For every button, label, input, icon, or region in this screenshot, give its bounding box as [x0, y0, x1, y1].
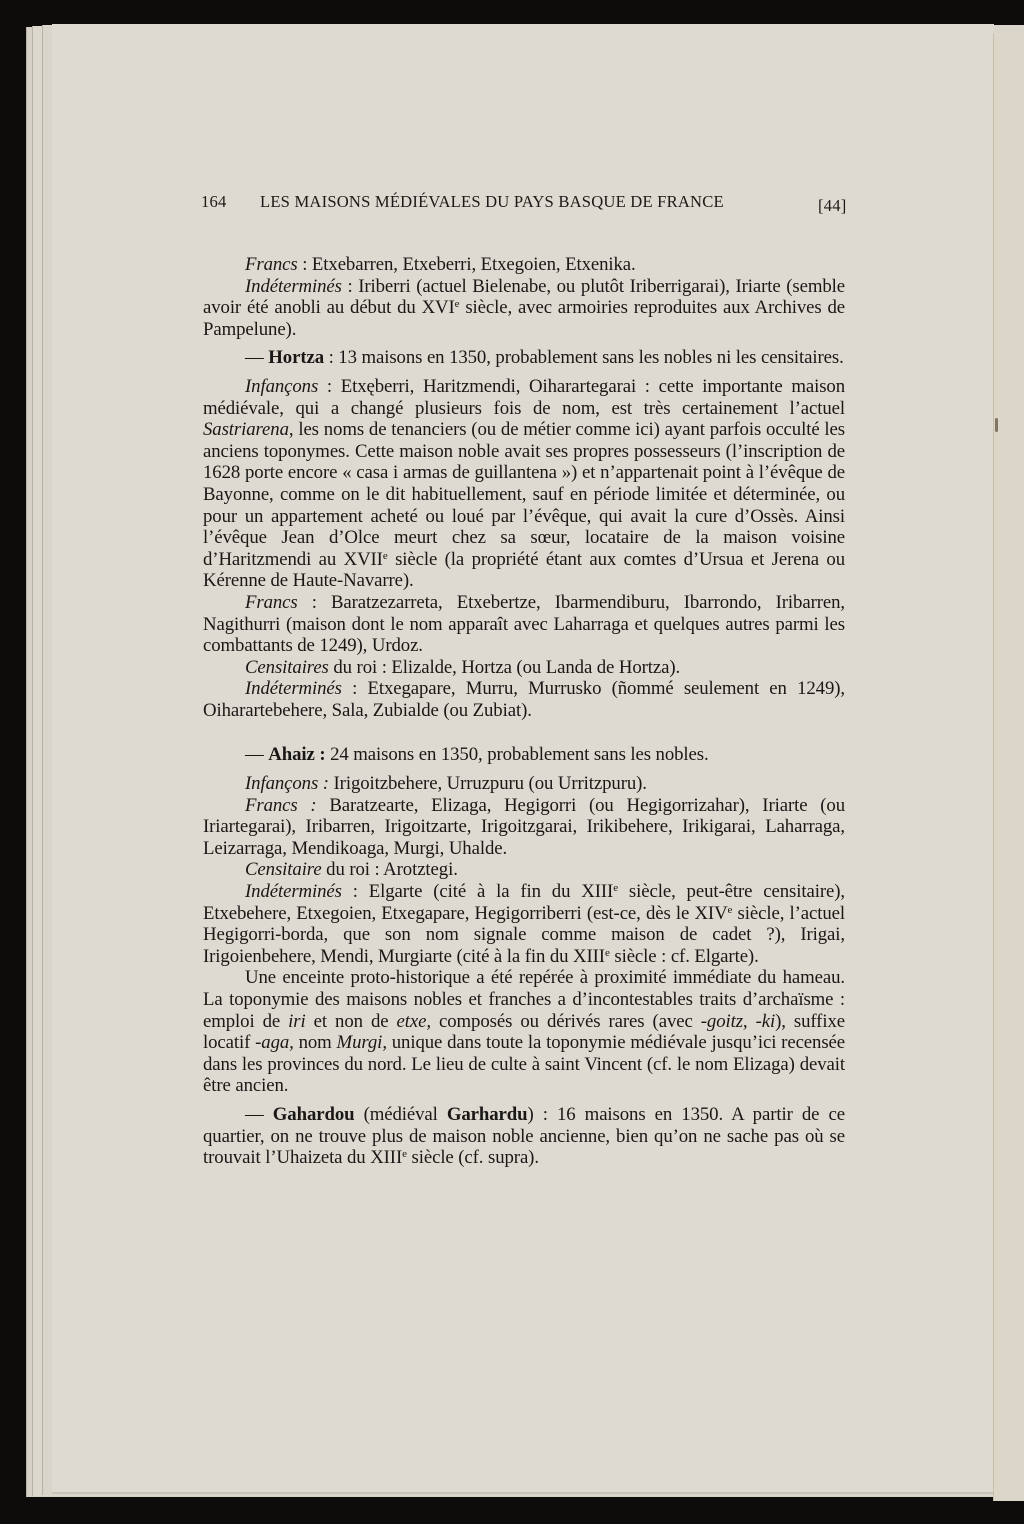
paragraph-text: (médiéval — [354, 1104, 446, 1125]
village-heading: Ahaiz : — [268, 744, 325, 765]
category-label: Infançons — [245, 376, 318, 397]
section-hortza: — Hortza : 13 maisons en 1350, probablem… — [203, 347, 845, 369]
category-label: Francs — [245, 254, 298, 275]
paragraph-text: : 13 maisons en 1350, probablement sans … — [324, 347, 844, 368]
category-label: Censitaires — [245, 657, 329, 678]
paragraph-infancons: Infançons : Irigoitzbehere, Urruzpuru (o… — [203, 773, 845, 795]
paragraph-text: du roi : Arotztegi. — [322, 859, 458, 880]
paragraph-commentary: Une enceinte proto-historique a été repé… — [203, 967, 845, 1097]
paragraph-text: nom — [294, 1032, 337, 1053]
paragraph-infancons: Infançons : Etxęberri, Haritzmendi, Oiha… — [203, 376, 845, 592]
paragraph-francs: Francs : Baratzearte, Elizaga, Hegigorri… — [203, 795, 845, 860]
em-dash: — — [245, 1104, 273, 1125]
paper-blemish — [995, 418, 998, 432]
em-dash: — — [245, 744, 268, 765]
paragraph-francs: Francs : Etxebarren, Etxeberri, Etxegoie… — [203, 254, 845, 276]
running-title: LES MAISONS MÉDIÉVALES DU PAYS BASQUE DE… — [260, 192, 724, 212]
paragraph-indetermines: Indéterminés : Etxegapare, Murru, Murrus… — [203, 678, 845, 721]
body-text: Francs : Etxebarren, Etxeberri, Etxegoie… — [203, 254, 845, 1169]
paragraph-text: : Baratzezarreta, Etxebertze, Ibarmendib… — [203, 592, 845, 656]
village-heading: Gahardou — [273, 1104, 355, 1125]
paragraph-censitaire: Censitaire du roi : Arotztegi. — [203, 859, 845, 881]
category-label: Francs : — [245, 795, 317, 816]
paragraph-text: du roi : Elizalde, Hortza (ou Landa de H… — [329, 657, 680, 678]
italic-term: etxe, — [397, 1011, 431, 1032]
category-label: Indéterminés — [245, 276, 342, 297]
paragraph-text: siècle : cf. Elgarte). — [610, 946, 759, 967]
page-number: 164 — [201, 192, 227, 212]
italic-term: Sastriarena — [203, 419, 289, 440]
paragraph-indetermines: Indéterminés : Elgarte (cité à la fin du… — [203, 881, 845, 967]
italic-term: -aga, — [255, 1032, 294, 1053]
original-page-ref: [44] — [818, 196, 846, 216]
paragraph-text: composés ou dérivés rares (avec — [431, 1011, 701, 1032]
village-heading: Hortza — [268, 347, 324, 368]
paragraph-text: : Etxebarren, Etxeberri, Etxegoien, Etxe… — [298, 254, 636, 275]
paragraph-text: Irigoitzbehere, Urruzpuru (ou Urritzpuru… — [329, 773, 647, 794]
italic-term: Murgi — [337, 1032, 383, 1053]
paragraph-text: , les noms de tenanciers (ou de métier c… — [203, 419, 845, 570]
category-label: Indéterminés — [245, 881, 342, 902]
category-label: Infançons : — [245, 773, 329, 794]
paragraph-indetermines: Indéterminés : Iriberri (actuel Bielenab… — [203, 276, 845, 341]
paragraph-francs: Francs : Baratzezarreta, Etxebertze, Iba… — [203, 592, 845, 657]
paragraph-text: : Elgarte (cité à la fin du XIII — [342, 881, 613, 902]
section-gahardou: — Gahardou (médiéval Garhardu) : 16 mais… — [203, 1104, 845, 1169]
em-dash: — — [245, 347, 268, 368]
paragraph-text: siècle (cf. supra). — [407, 1147, 539, 1168]
paragraph-text: 24 maisons en 1350, probablement sans le… — [325, 744, 708, 765]
facing-page-edge — [993, 33, 1024, 1501]
section-ahaiz: — Ahaiz : 24 maisons en 1350, probableme… — [203, 744, 845, 766]
italic-term: -goitz, -ki — [701, 1011, 775, 1032]
paragraph-censitaires: Censitaires du roi : Elizalde, Hortza (o… — [203, 657, 845, 679]
category-label: Censitaire — [245, 859, 322, 880]
paragraph-text: et non de — [306, 1011, 397, 1032]
category-label: Francs — [245, 592, 298, 613]
category-label: Indéterminés — [245, 678, 342, 699]
village-heading: Garhardu — [447, 1104, 528, 1125]
italic-term: iri — [288, 1011, 305, 1032]
